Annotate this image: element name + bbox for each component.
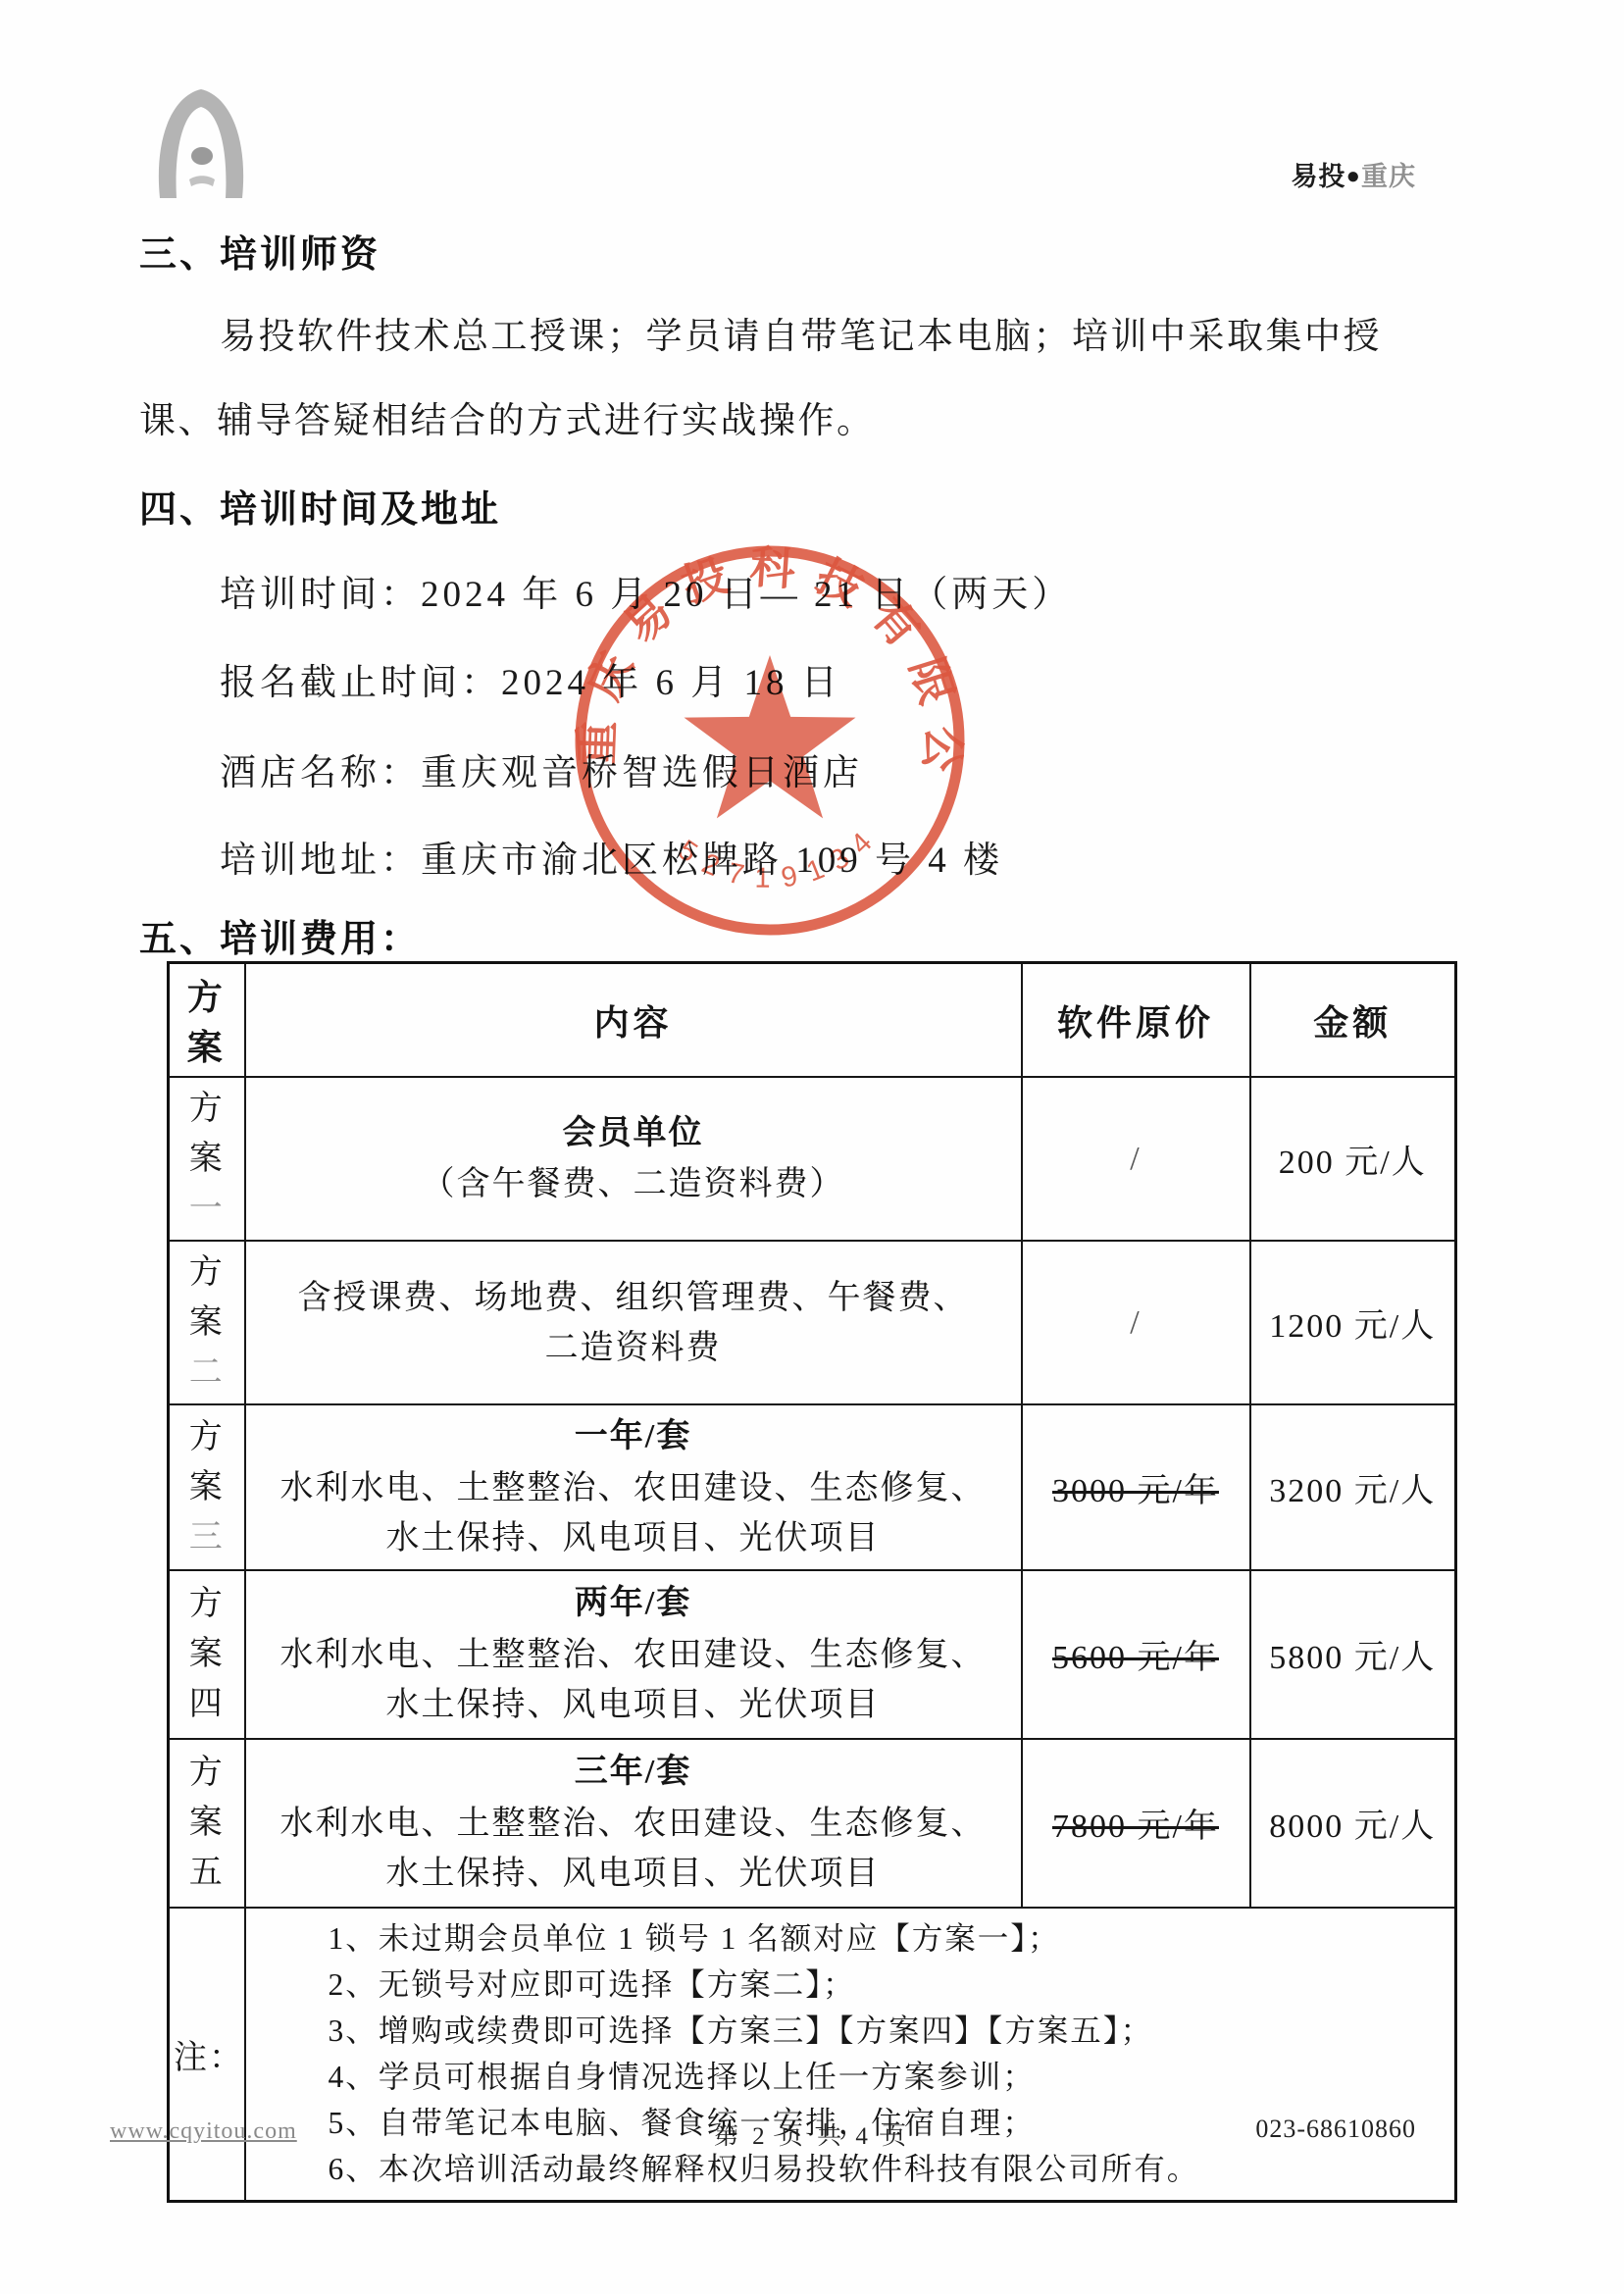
plan-cell: 方案 一 bbox=[169, 1077, 245, 1241]
strikethrough-price: 5600 元/年 bbox=[1052, 1640, 1219, 1676]
content-cell: 三年/套 水利水电、土整整治、农田建设、生态修复、 水土保持、风电项目、光伏项目 bbox=[245, 1739, 1022, 1908]
company-logo-icon bbox=[142, 78, 260, 211]
amount-cell: 200 元/人 bbox=[1250, 1077, 1456, 1241]
training-address-line: 培训地址：重庆市渝北区松牌路 109 号 4 楼 bbox=[220, 830, 1003, 883]
plan-number: 五 bbox=[174, 1848, 240, 1898]
note-line: 3、增购或续费即可选择【方案三】【方案四】【方案五】； bbox=[329, 2008, 1451, 2054]
original-price-cell: 5600 元/年 bbox=[1022, 1570, 1250, 1739]
hotel-name-line: 酒店名称：重庆观音桥智选假日酒店 bbox=[220, 742, 863, 795]
plan-cell: 方案 三 bbox=[169, 1404, 245, 1570]
footer-phone: 023-68610860 bbox=[1255, 2115, 1416, 2144]
brand-mark: 易投●重庆 bbox=[1292, 155, 1417, 193]
plan-word: 方案 bbox=[174, 1412, 240, 1512]
training-time-line: 培训时间：2024 年 6 月 20 日— 21 日（两天） bbox=[220, 564, 1072, 617]
strikethrough-price: 3000 元/年 bbox=[1052, 1473, 1219, 1509]
content-title: 两年/套 bbox=[250, 1578, 1017, 1630]
table-row-plan3: 方案 三 一年/套 水利水电、土整整治、农田建设、生态修复、 水土保持、风电项目… bbox=[169, 1404, 1456, 1570]
section-heading-time-address: 四、培训时间及地址 bbox=[139, 479, 501, 533]
notes-cell: 1、未过期会员单位 1 锁号 1 名额对应【方案一】； 2、无锁号对应即可选择【… bbox=[245, 1908, 1456, 2202]
content-title: 会员单位 bbox=[250, 1108, 1017, 1160]
amount-cell: 5800 元/人 bbox=[1250, 1570, 1456, 1739]
brand-city: 重庆 bbox=[1361, 162, 1416, 191]
section-heading-fees: 五、培训费用： bbox=[139, 908, 421, 962]
content-line: 水土保持、风电项目、光伏项目 bbox=[250, 1849, 1017, 1899]
table-row-plan4: 方案 四 两年/套 水利水电、土整整治、农田建设、生态修复、 水土保持、风电项目… bbox=[169, 1570, 1456, 1739]
plan-number: 三 bbox=[174, 1512, 240, 1562]
plan-number: 四 bbox=[174, 1679, 240, 1729]
brand-dot-icon: ● bbox=[1346, 163, 1362, 189]
content-line: 水土保持、风电项目、光伏项目 bbox=[250, 1513, 1017, 1563]
header-amount: 金额 bbox=[1250, 963, 1456, 1078]
strikethrough-price: 7800 元/年 bbox=[1052, 1809, 1219, 1845]
content-line: （含午餐费、二造资料费） bbox=[250, 1159, 1017, 1209]
content-line: 含授课费、场地费、组织管理费、午餐费、 bbox=[250, 1273, 1017, 1323]
notes-label-cell: 注： bbox=[169, 1908, 245, 2202]
header-original-price: 软件原价 bbox=[1022, 963, 1250, 1078]
original-price-cell: 3000 元/年 bbox=[1022, 1404, 1250, 1570]
section-heading-teachers: 三、培训师资 bbox=[139, 224, 381, 278]
table-row-plan5: 方案 五 三年/套 水利水电、土整整治、农田建设、生态修复、 水土保持、风电项目… bbox=[169, 1739, 1456, 1908]
note-line: 2、无锁号对应即可选择【方案二】； bbox=[329, 1962, 1451, 2008]
plan-number: 一 bbox=[174, 1184, 240, 1234]
table-row-plan2: 方案 二 含授课费、场地费、组织管理费、午餐费、 二造资料费 / 1200 元/… bbox=[169, 1241, 1456, 1404]
content-cell: 含授课费、场地费、组织管理费、午餐费、 二造资料费 bbox=[245, 1241, 1022, 1404]
content-line: 水利水电、土整整治、农田建设、生态修复、 bbox=[250, 1799, 1017, 1849]
content-cell: 一年/套 水利水电、土整整治、农田建设、生态修复、 水土保持、风电项目、光伏项目 bbox=[245, 1404, 1022, 1570]
amount-cell: 8000 元/人 bbox=[1250, 1739, 1456, 1908]
fee-table-header-row: 方案 内容 软件原价 金额 bbox=[169, 963, 1456, 1078]
plan-word: 方案 bbox=[174, 1248, 240, 1348]
original-price-cell: / bbox=[1022, 1241, 1250, 1404]
original-price-cell: / bbox=[1022, 1077, 1250, 1241]
note-line: 1、未过期会员单位 1 锁号 1 名额对应【方案一】； bbox=[329, 1915, 1451, 1962]
header-content: 内容 bbox=[245, 963, 1022, 1078]
content-cell: 两年/套 水利水电、土整整治、农田建设、生态修复、 水土保持、风电项目、光伏项目 bbox=[245, 1570, 1022, 1739]
content-line: 二造资料费 bbox=[250, 1323, 1017, 1373]
teachers-paragraph-line2: 课、辅导答疑相结合的方式进行实战操作。 bbox=[139, 390, 876, 443]
teachers-paragraph-line1: 易投软件技术总工授课；学员请自带笔记本电脑；培训中采取集中授 bbox=[220, 306, 1382, 359]
table-row-notes: 注： 1、未过期会员单位 1 锁号 1 名额对应【方案一】； 2、无锁号对应即可… bbox=[169, 1908, 1456, 2202]
amount-cell: 3200 元/人 bbox=[1250, 1404, 1456, 1570]
content-cell: 会员单位 （含午餐费、二造资料费） bbox=[245, 1077, 1022, 1241]
content-title: 一年/套 bbox=[250, 1411, 1017, 1463]
content-line: 水利水电、土整整治、农田建设、生态修复、 bbox=[250, 1630, 1017, 1680]
content-line: 水土保持、风电项目、光伏项目 bbox=[250, 1680, 1017, 1730]
table-row-plan1: 方案 一 会员单位 （含午餐费、二造资料费） / 200 元/人 bbox=[169, 1077, 1456, 1241]
arch-logo-graphic bbox=[142, 78, 260, 206]
note-line: 4、学员可根据自身情况选择以上任一方案参训； bbox=[329, 2054, 1451, 2100]
plan-cell: 方案 四 bbox=[169, 1570, 245, 1739]
scanned-document-page: 易投●重庆 三、培训师资 易投软件技术总工授课；学员请自带笔记本电脑；培训中采取… bbox=[0, 0, 1624, 2294]
note-line: 6、本次培训活动最终解释权归易投软件科技有限公司所有。 bbox=[329, 2146, 1451, 2192]
plan-cell: 方案 五 bbox=[169, 1739, 245, 1908]
plan-cell: 方案 二 bbox=[169, 1241, 245, 1404]
header-plan: 方案 bbox=[169, 963, 245, 1078]
fee-table: 方案 内容 软件原价 金额 方案 一 会员单位 （含午餐费、二造资料费） / 2… bbox=[167, 961, 1457, 2203]
content-title: 三年/套 bbox=[250, 1747, 1017, 1799]
plan-number: 二 bbox=[174, 1348, 240, 1398]
plan-word: 方案 bbox=[174, 1084, 240, 1184]
amount-cell: 1200 元/人 bbox=[1250, 1241, 1456, 1404]
plan-word: 方案 bbox=[174, 1748, 240, 1848]
content-line: 水利水电、土整整治、农田建设、生态修复、 bbox=[250, 1463, 1017, 1513]
brand-name: 易投 bbox=[1292, 162, 1346, 191]
plan-word: 方案 bbox=[174, 1579, 240, 1679]
registration-deadline-line: 报名截止时间：2024 年 6 月 18 日 bbox=[220, 652, 841, 705]
original-price-cell: 7800 元/年 bbox=[1022, 1739, 1250, 1908]
